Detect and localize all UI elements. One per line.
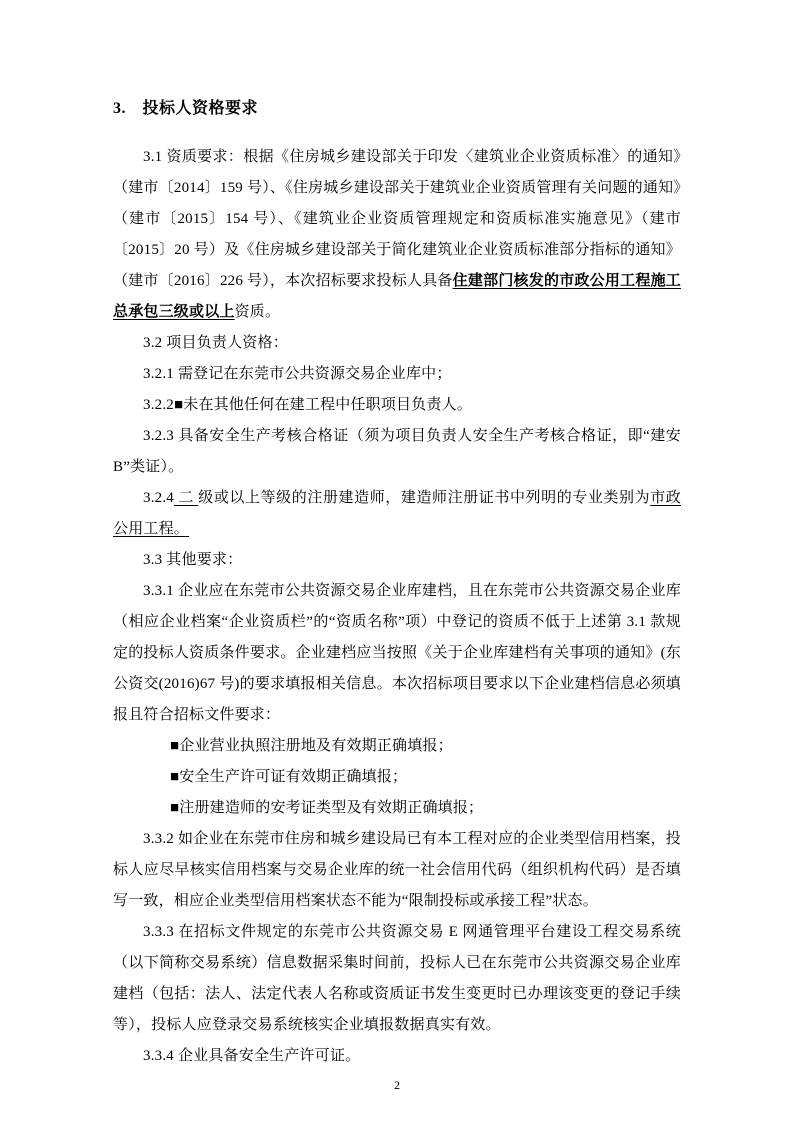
paragraph: 3.3.1 企业应在东莞市公共资源交易企业库建档，且在东莞市公共资源交易企业库（… [113,576,681,731]
text-run: 3.3 其他要求： [143,552,242,568]
paragraph-list: 3.1 资质要求：根据《住房城乡建设部关于印发〈建筑业企业资质标准〉的通知》（建… [113,142,681,1072]
text-run: 3.1 资质要求：根据《住房城乡建设部关于印发〈建筑业企业资质标准〉的通知》（建… [113,149,681,289]
paragraph: 3.1 资质要求：根据《住房城乡建设部关于印发〈建筑业企业资质标准〉的通知》（建… [113,142,681,328]
text-run: 3.3.1 企业应在东莞市公共资源交易企业库建档，且在东莞市公共资源交易企业库（… [113,583,681,723]
text-run: ■注册建造师的安考证类型及有效期正确填报； [170,800,483,816]
document-page: 3. 投标人资格要求 3.1 资质要求：根据《住房城乡建设部关于印发〈建筑业企业… [0,0,794,1123]
paragraph: 3.2.2■未在其他任何在建工程中任职项目负责人。 [113,390,681,421]
text-run: 3.3.4 企业具备安全生产许可证。 [143,1048,360,1064]
paragraph: 3.2.4 二 级或以上等级的注册建造师，建造师注册证书中列明的专业类别为市政公… [113,483,681,545]
bullet-item: ■企业营业执照注册地及有效期正确填报； [113,731,681,762]
paragraph: 3.3 其他要求： [113,545,681,576]
paragraph: 3.3.2 如企业在东莞市住房和城乡建设局已有本工程对应的企业类型信用档案，投标… [113,824,681,917]
text-run: 二 [174,490,198,506]
text-run: 3.2 项目负责人资格： [143,335,288,351]
paragraph: 3.3.4 企业具备安全生产许可证。 [113,1041,681,1072]
text-run: 3.2.1 需登记在东莞市公共资源交易企业库中； [143,366,452,382]
text-run: 3.3.3 在招标文件规定的东莞市公共资源交易 E 网通管理平台建设工程交易系统… [113,924,681,1033]
text-run: 资质。 [235,304,281,320]
paragraph: 3.2.3 具备安全生产考核合格证（须为项目负责人安全生产考核合格证，即“建安 … [113,421,681,483]
section-heading: 3. 投标人资格要求 [113,95,681,118]
text-run: ■安全生产许可证有效期正确填报； [170,769,407,785]
text-run: 3.2.2■未在其他任何在建工程中任职项目负责人。 [143,397,472,413]
paragraph: 3.2.1 需登记在东莞市公共资源交易企业库中； [113,359,681,390]
paragraph: 3.3.3 在招标文件规定的东莞市公共资源交易 E 网通管理平台建设工程交易系统… [113,917,681,1041]
text-run: 3.3.2 如企业在东莞市住房和城乡建设局已有本工程对应的企业类型信用档案，投标… [113,831,681,909]
page-number: 2 [394,1078,400,1092]
text-run: 3.2.4 [143,490,174,506]
text-run: 3.2.3 具备安全生产考核合格证（须为项目负责人安全生产考核合格证，即“建安 … [113,428,681,475]
bullet-item: ■注册建造师的安考证类型及有效期正确填报； [113,793,681,824]
document-content: 3. 投标人资格要求 3.1 资质要求：根据《住房城乡建设部关于印发〈建筑业企业… [113,95,681,1072]
text-run: 级或以上等级的注册建造师，建造师注册证书中列明的专业类别为 [198,490,650,506]
paragraph: 3.2 项目负责人资格： [113,328,681,359]
text-run: ■企业营业执照注册地及有效期正确填报； [170,738,453,754]
bullet-item: ■安全生产许可证有效期正确填报； [113,762,681,793]
page-footer: 2 [0,1078,794,1093]
